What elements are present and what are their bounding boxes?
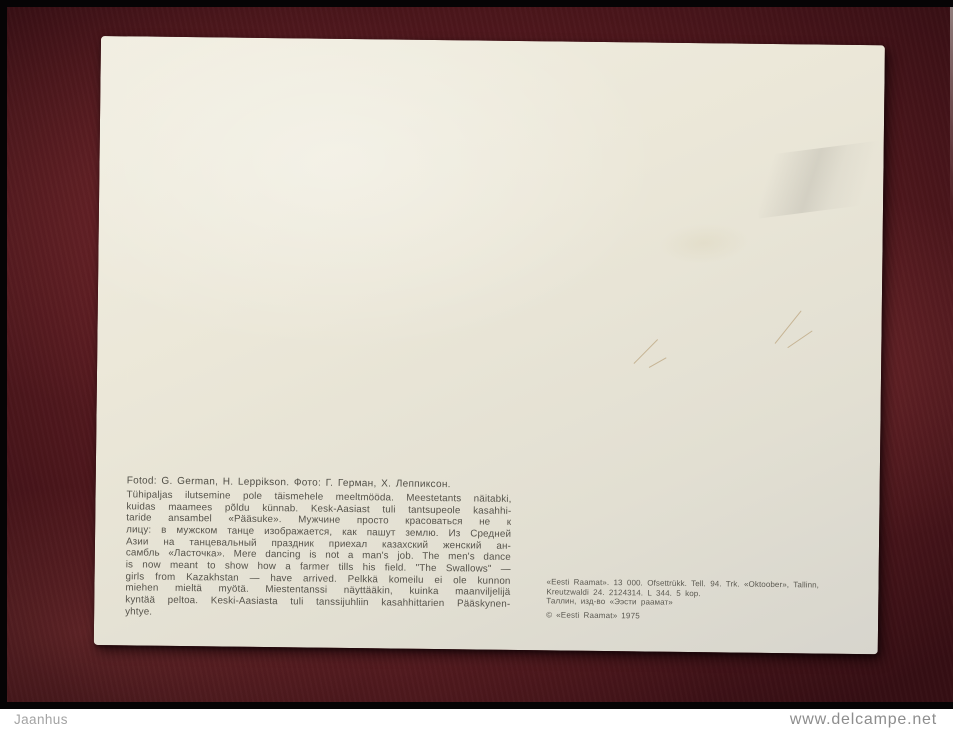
caption-paragraph: Tühipaljas ilutsemine pole täismehele me… <box>125 489 511 622</box>
smudge-stain <box>657 220 750 267</box>
postcard-back: Fotod: G. German, H. Leppikson. Фото: Г.… <box>94 36 885 654</box>
watermark-bar: Jaanhus www.delcampe.net <box>0 709 953 730</box>
publisher-imprint-block: «Eesti Raamat». 13 000. Ofsettrükk. Tell… <box>546 577 876 610</box>
leather-background: Fotod: G. German, H. Leppikson. Фото: Г.… <box>7 7 953 702</box>
photo-frame: Fotod: G. German, H. Leppikson. Фото: Г.… <box>0 0 953 730</box>
scratch-mark <box>649 357 667 368</box>
watermark-delcampe: www.delcampe.net <box>790 710 937 730</box>
scratch-mark <box>633 339 658 364</box>
scratch-mark <box>787 330 812 348</box>
crease-stain <box>751 141 888 219</box>
watermark-jaanhus: Jaanhus <box>14 711 68 729</box>
scratch-mark <box>775 310 802 343</box>
copyright-line: © «Eesti Raamat» 1975 <box>546 610 846 624</box>
